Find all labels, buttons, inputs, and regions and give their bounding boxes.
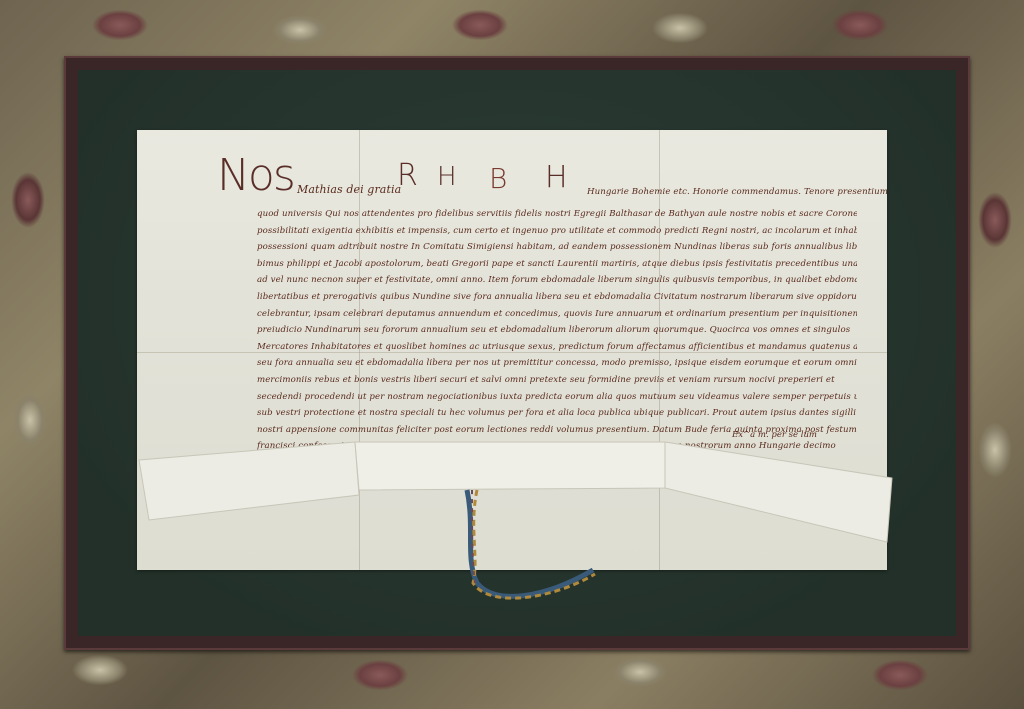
seal-cord [455,488,605,613]
text-line: possibilitati exigentia exhibitis et imp… [257,223,857,240]
text-line: sub vestri protectione et nostra special… [257,405,857,422]
initial-nos: Nos [217,150,294,201]
text-line: Mercatores Inhabitatores et quoslibet ho… [257,339,857,356]
text-line: seu fora annualia seu et ebdomadalia lib… [257,355,857,372]
heading-letter: B [489,162,507,195]
text-line: bimus philippi et Jacobi apostolorum, be… [257,256,857,273]
heading-letter: R [397,158,418,193]
heading-letter: H [545,160,568,195]
heading-rest: Hungarie Bohemie etc. Honorie commendamu… [587,184,887,201]
text-line: mercimoniis rebus et bonis vestris liber… [257,372,857,389]
charter-text: Nos Mathias dei gratia R H B H Hungarie … [257,156,857,472]
text-line: celebrantur, ipsam celebrari deputamus a… [257,306,857,323]
text-line: quod universis Qui nos attendentes pro f… [257,206,857,223]
text-line: preiudicio Nundinarum seu fororum annual… [257,322,857,339]
heading-name: Mathias dei gratia [297,182,401,199]
heading-letter: H [437,162,457,192]
text-line: possessioni quam adtribuit nostre In Com… [257,239,857,256]
charter-heading: Nos Mathias dei gratia R H B H Hungarie … [257,156,857,206]
text-line: secedendi procedendi ut per nostram nego… [257,389,857,406]
chancery-subscription: Ex^a m. per se lum [732,430,817,440]
text-line: ad vel nunc necnon super et festivitate,… [257,272,857,289]
text-line: libertatibus et prerogativis quibus Nund… [257,289,857,306]
